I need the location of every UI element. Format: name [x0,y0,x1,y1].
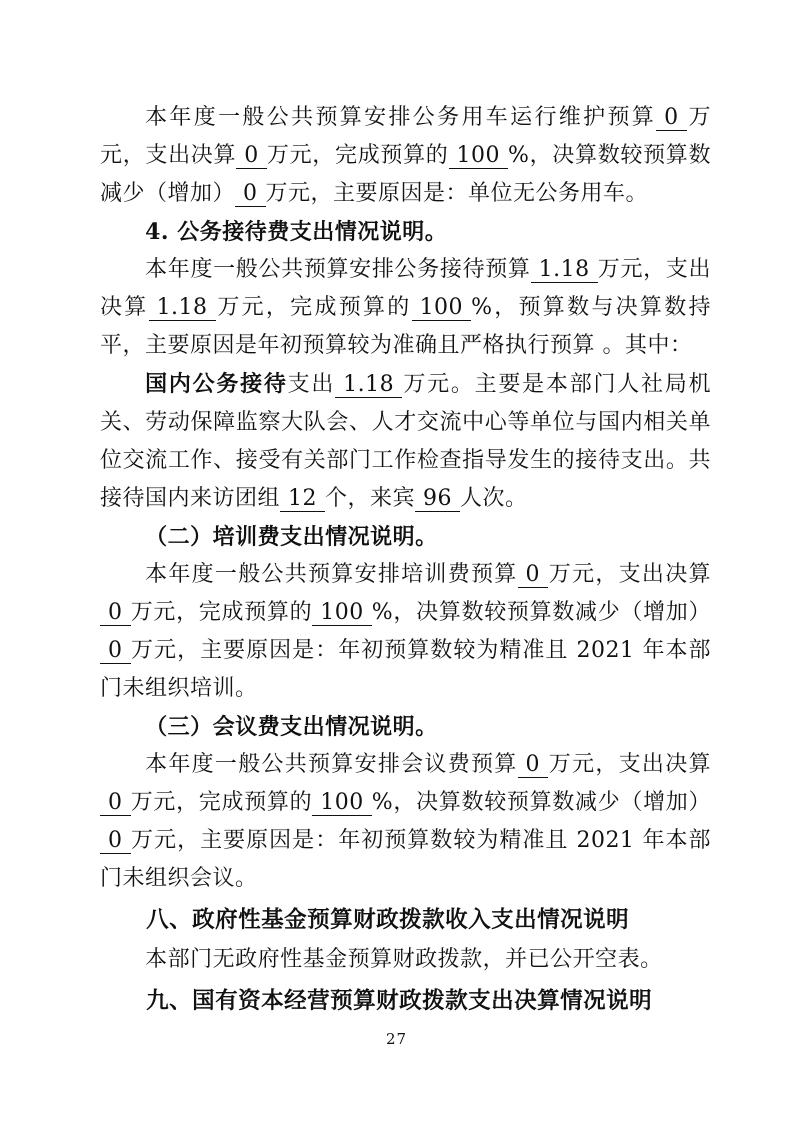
underlined-value: 0 [656,105,687,131]
text-run: 万元，完成预算的 [216,295,412,320]
text-run: 万元，完成预算的 [131,790,313,815]
document-body: 本年度一般公共预算安排公务用车运行维护预算0万元，支出决算0万元，完成预算的10… [100,99,711,1022]
bold-text-run: 国内公务接待 [145,371,288,397]
text-run: 支出 [288,372,336,397]
heading-section-nine-state-capital: 九、国有资本经营预算财政拨款支出决算情况说明 [100,982,711,1020]
underlined-value: 0 [518,562,549,588]
text-run: %，决算数较预算数减少（增加） [372,600,711,625]
underlined-value: 0 [236,143,267,169]
text-run: 万元，主要原因是：单位无公务用车。 [266,181,649,206]
text-run: 万元，完成预算的 [131,600,313,625]
bold-text-run: （三）会议费支出情况说明。 [145,714,438,740]
text-run: 万元，主要原因是：年初预算数较为精准且 2021 年本部门未组织会议。 [100,828,711,891]
bold-text-run: 八、政府性基金预算财政拨款收入支出情况说明 [146,907,629,933]
page-number: 27 [0,1030,793,1048]
text-run: 人次。 [460,486,528,511]
document-page: 本年度一般公共预算安排公务用车运行维护预算0万元，支出决算0万元，完成预算的10… [0,0,793,1122]
text-run: 本年度一般公共预算安排培训费预算 [145,562,517,587]
text-run: 万元，支出决算 [548,752,711,777]
para-training-budget: 本年度一般公共预算安排培训费预算0万元，支出决算0万元，完成预算的100%，决算… [100,556,711,708]
underlined-value: 100 [312,600,372,626]
underlined-value: 0 [235,181,266,207]
underlined-value: 0 [518,752,549,778]
underlined-value: 0 [100,600,131,626]
text-run: 本年度一般公共预算安排公务用车运行维护预算 [145,105,656,130]
text-run: 本年度一般公共预算安排会议费预算 [145,752,517,777]
bold-text-run: 九、国有资本经营预算财政拨款支出决算情况说明 [146,988,652,1014]
heading-meeting-expense: （三）会议费支出情况说明。 [100,708,711,746]
para-domestic-reception: 国内公务接待支出1.18万元。主要是本部门人社局机关、劳动保障监察大队会、人才交… [100,365,711,518]
underlined-value: 96 [415,486,460,512]
underlined-value: 0 [100,638,131,664]
text-run: 本年度一般公共预算安排公务接待预算 [145,257,531,282]
text-run: 个，来宾 [325,486,415,511]
underlined-value: 1.18 [531,257,598,283]
underlined-value: 1.18 [149,295,216,321]
text-run: 万元，完成预算的 [267,143,449,168]
underlined-value: 100 [412,295,472,321]
heading-reception-expense: 4. 公务接待费支出情况说明。 [100,213,711,251]
heading-training-expense: （二）培训费支出情况说明。 [100,518,711,556]
underlined-value: 1.18 [335,372,402,398]
para-reception-budget: 本年度一般公共预算安排公务接待预算1.18万元，支出决算1.18万元，完成预算的… [100,251,711,365]
text-run: 本部门无政府性基金预算财政拨款，并已公开空表。 [145,947,663,972]
text-run: %，决算数较预算数减少（增加） [372,790,711,815]
bold-text-run: 4. 公务接待费支出情况说明。 [145,219,447,245]
underlined-value: 100 [449,143,509,169]
underlined-value: 0 [100,828,131,854]
text-run: 万元，主要原因是：年初预算数较为精准且 2021 年本部门未组织培训。 [100,638,711,701]
text-run: 万元，支出决算 [548,562,711,587]
para-official-vehicle-budget: 本年度一般公共预算安排公务用车运行维护预算0万元，支出决算0万元，完成预算的10… [100,99,711,213]
heading-section-eight-gov-fund: 八、政府性基金预算财政拨款收入支出情况说明 [100,901,711,939]
para-gov-fund-none: 本部门无政府性基金预算财政拨款，并已公开空表。 [100,941,711,979]
para-meeting-budget: 本年度一般公共预算安排会议费预算0万元，支出决算0万元，完成预算的100%，决算… [100,746,711,898]
underlined-value: 100 [312,790,372,816]
bold-text-run: （二）培训费支出情况说明。 [145,524,438,550]
underlined-value: 0 [100,790,131,816]
underlined-value: 12 [280,486,325,512]
